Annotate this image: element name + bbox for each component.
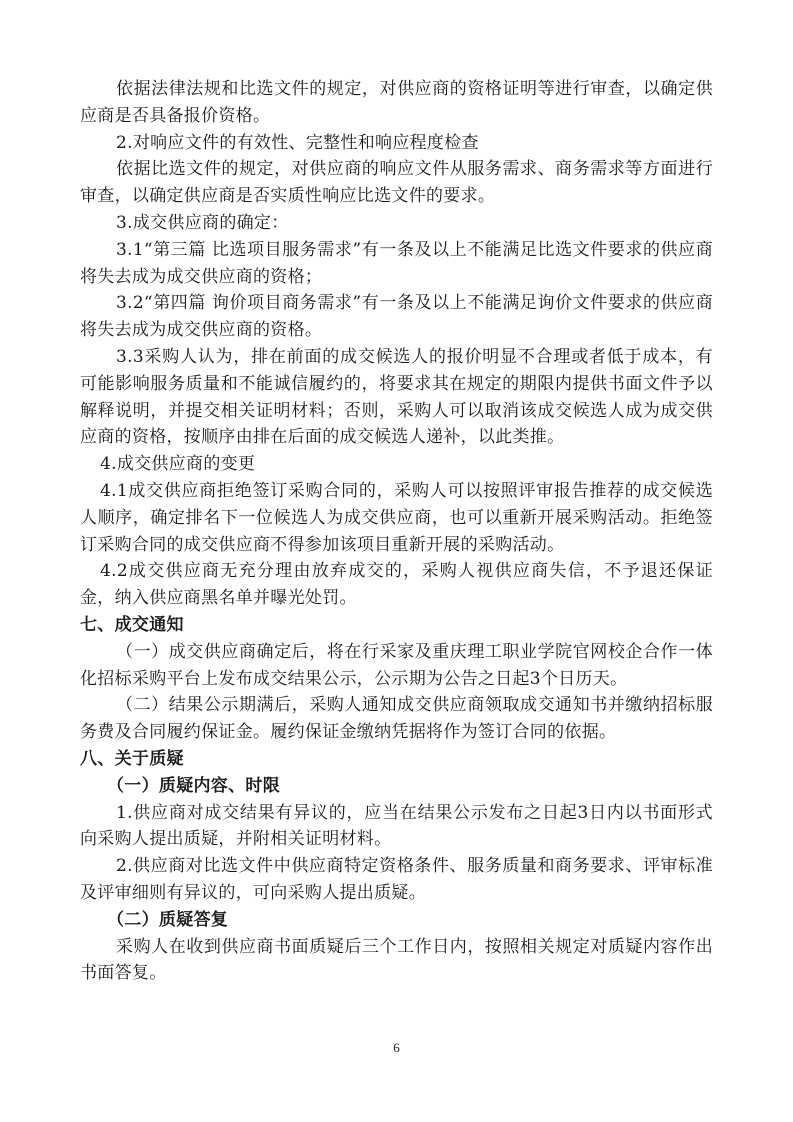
item-supplier-change-title: 4.成交供应商的变更 [80,451,713,478]
item-response-check-title: 2.对响应文件的有效性、完整性和响应程度检查 [80,130,713,157]
paragraph-challenge-1: 1.供应商对成交结果有异议的，应当在结果公示发布之日起3日内以书面形式向采购人提… [80,800,713,854]
document-page: 依据法律法规和比选文件的规定，对供应商的资格证明等进行审查，以确定供应商是否具备… [80,76,713,987]
paragraph-3-2: 3.2“第四篇 询价项目商务需求”有一条及以上不能满足询价文件要求的供应商将失去… [80,290,713,344]
item-supplier-determination-title: 3.成交供应商的确定： [80,210,713,237]
paragraph-response-review: 依据比选文件的规定，对供应商的响应文件从服务需求、商务需求等方面进行审查，以确定… [80,156,713,210]
section-heading-award-notice: 七、成交通知 [80,612,713,639]
paragraph-challenge-reply: 采购人在收到供应商书面质疑后三个工作日内，按照相关规定对质疑内容作出书面答复。 [80,934,713,988]
paragraph-4-1: 4.1成交供应商拒绝签订采购合同的，采购人可以按照评审报告推荐的成交候选人顺序，… [80,478,713,558]
subheading-challenge-content-deadline: （一）质疑内容、时限 [80,773,713,800]
paragraph-award-notice-collection: （二）结果公示期满后，采购人通知成交供应商领取成交通知书并缴纳招标服务费及合同履… [80,692,713,746]
paragraph-3-3: 3.3采购人认为，排在前面的成交候选人的报价明显不合理或者低于成本，有可能影响服… [80,344,713,451]
page-number: 6 [0,1040,793,1056]
paragraph-3-1: 3.1“第三篇 比选项目服务需求”有一条及以上不能满足比选文件要求的供应商将失去… [80,237,713,291]
paragraph-4-2: 4.2成交供应商无充分理由放弃成交的，采购人视供应商失信，不予退还保证金，纳入供… [80,558,713,612]
subheading-challenge-reply: （二）质疑答复 [80,907,713,934]
paragraph-qualification-review: 依据法律法规和比选文件的规定，对供应商的资格证明等进行审查，以确定供应商是否具备… [80,76,713,130]
paragraph-challenge-2: 2.供应商对比选文件中供应商特定资格条件、服务质量和商务要求、评审标准及评审细则… [80,853,713,907]
section-heading-challenges: 八、关于质疑 [80,746,713,773]
paragraph-award-publication: （一）成交供应商确定后，将在行采家及重庆理工职业学院官网校企合作一体化招标采购平… [80,639,713,693]
